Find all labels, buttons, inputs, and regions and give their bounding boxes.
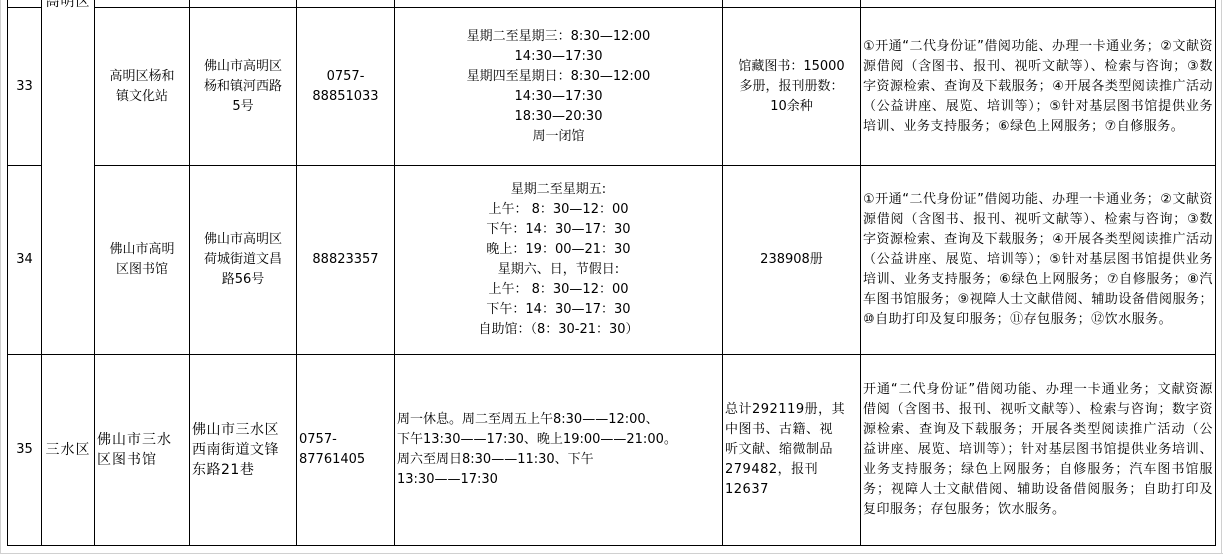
services-text: ①开通“二代身份证”借阅功能、办理一卡通业务；②文献资源借阅（含图书、报刊、视听…: [863, 39, 1213, 134]
address-line: 东路21巷: [192, 460, 294, 480]
address-line: 佛山市高明区: [192, 57, 294, 77]
cell-name: [95, 0, 190, 8]
name-line: 镇文化站: [97, 87, 187, 107]
table-row-partial: 高明区: [8, 0, 1216, 8]
services-text: 开通“二代身份证”借阅功能、办理一卡通业务；文献资源借阅（含图书、报刊、视听文献…: [863, 382, 1213, 517]
collection-line: 12637: [725, 480, 858, 500]
name-line: 佛山市三水: [97, 430, 187, 450]
gridline: [0, 0, 1, 554]
cell-name: 佛山市三水 区图书馆: [95, 355, 190, 546]
name-line: 区图书馆: [97, 260, 187, 280]
cell-hours: [395, 0, 723, 8]
phone-line: 0757-: [299, 430, 392, 450]
cell-name: 佛山市高明 区图书馆: [95, 166, 190, 355]
district-label: 三水区: [46, 442, 91, 458]
collection-line: 10余种: [725, 97, 858, 117]
collection-line: 多册，报刊册数：: [725, 77, 858, 97]
cell-no: [8, 0, 42, 8]
cell-address: 佛山市高明区 杨和镇河西路 5号: [190, 8, 297, 166]
collection-line: 听文献、缩微制品: [725, 440, 858, 460]
hours-line: 星期四至星期日：8:30—12:00: [397, 67, 720, 87]
cell-services: 开通“二代身份证”借阅功能、办理一卡通业务；文献资源借阅（含图书、报刊、视听文献…: [861, 355, 1216, 546]
cell-collection: 238908册: [723, 166, 861, 355]
cell-phone: 0757- 88851033: [297, 8, 395, 166]
hours-line: 14:30—17:30: [397, 47, 720, 67]
cell-services: ①开通“二代身份证”借阅功能、办理一卡通业务；②文献资源借阅（含图书、报刊、视听…: [861, 166, 1216, 355]
collection-line: 馆藏图书：15000: [725, 57, 858, 77]
cell-address: 佛山市高明区 荷城街道文昌 路56号: [190, 166, 297, 355]
name-line: 区图书馆: [97, 450, 187, 470]
row-number: 35: [16, 442, 33, 457]
hours-line: 晚上：19：00—21：30: [397, 240, 720, 260]
hours-line: 下午13:30——17:30、晚上19:00——21:00。: [397, 430, 720, 450]
cell-collection: 总计292119册，其 中图书、古籍、视 听文献、缩微制品 279482，报刊 …: [723, 355, 861, 546]
hours-line: 18:30—20:30: [397, 107, 720, 127]
cell-hours: 星期二至星期三：8:30—12:00 14:30—17:30 星期四至星期日：8…: [395, 8, 723, 166]
address-line: 西南街道文锋: [192, 440, 294, 460]
row-number: 34: [16, 252, 33, 267]
collection-line: 279482，报刊: [725, 460, 858, 480]
hours-line: 14:30—17:30: [397, 87, 720, 107]
name-line: 佛山市高明: [97, 240, 187, 260]
cell-collection: 馆藏图书：15000 多册，报刊册数： 10余种: [723, 8, 861, 166]
table-row: 35 三水区 佛山市三水 区图书馆 佛山市三水区 西南街道文锋 东路21巷 07…: [8, 355, 1216, 546]
address-line: 荷城街道文昌: [192, 250, 294, 270]
hours-line: 星期二至星期三：8:30—12:00: [397, 27, 720, 47]
cell-phone: 0757- 87761405: [297, 355, 395, 546]
name-line: 高明区杨和: [97, 67, 187, 87]
cell-hours: 星期二至星期五: 上午： 8：30—12：00 下午：14：30—17：30 晚…: [395, 166, 723, 355]
cell-address: [190, 0, 297, 8]
cell-no: 35: [8, 355, 42, 546]
collection-line: 中图书、古籍、视: [725, 420, 858, 440]
address-line: 佛山市三水区: [192, 420, 294, 440]
address-line: 路56号: [192, 270, 294, 290]
hours-line: 周六至周日8:30——11:30、下午: [397, 450, 720, 470]
row-number: 33: [16, 79, 33, 94]
phone-line: 88851033: [299, 87, 392, 107]
cell-address: 佛山市三水区 西南街道文锋 东路21巷: [190, 355, 297, 546]
hours-line: 上午： 8：30—12：00: [397, 280, 720, 300]
address-line: 佛山市高明区: [192, 230, 294, 250]
collection-line: 238908册: [725, 250, 858, 270]
cell-phone: 88823357: [297, 166, 395, 355]
hours-line: 星期六、日，节假日:: [397, 260, 720, 280]
hours-line: 周一闭馆: [397, 127, 720, 147]
cell-district-merged: 高明区: [42, 0, 95, 355]
library-table: 高明区 33 高明区杨和 镇文化站 佛山市高明区 杨和镇河西路 5号 0757-…: [7, 0, 1216, 546]
cell-district: 三水区: [42, 355, 95, 546]
hours-line: 上午： 8：30—12：00: [397, 200, 720, 220]
cell-phone: [297, 0, 395, 8]
hours-line: 13:30——17:30: [397, 470, 720, 490]
cell-services: [861, 0, 1216, 8]
hours-line: 周一休息。周二至周五上午8:30——12:00、: [397, 410, 720, 430]
phone-line: 87761405: [299, 450, 392, 470]
cell-name: 高明区杨和 镇文化站: [95, 8, 190, 166]
services-text: ①开通“二代身份证”借阅功能、办理一卡通业务；②文献资源借阅（含图书、报刊、视听…: [863, 192, 1213, 327]
cell-hours: 周一休息。周二至周五上午8:30——12:00、 下午13:30——17:30、…: [395, 355, 723, 546]
hours-line: 下午：14：30—17：30: [397, 300, 720, 320]
cell-no: 34: [8, 166, 42, 355]
cell-services: ①开通“二代身份证”借阅功能、办理一卡通业务；②文献资源借阅（含图书、报刊、视听…: [861, 8, 1216, 166]
cell-no: 33: [8, 8, 42, 166]
address-line: 5号: [192, 97, 294, 117]
address-line: 杨和镇河西路: [192, 77, 294, 97]
hours-line: 自助馆：（8：30-21：30）: [397, 320, 720, 340]
district-label: 高明区: [44, 0, 92, 12]
cell-collection: [723, 0, 861, 8]
phone-line: 0757-: [299, 67, 392, 87]
gridline: [1221, 0, 1222, 554]
table-row: 33 高明区杨和 镇文化站 佛山市高明区 杨和镇河西路 5号 0757- 888…: [8, 8, 1216, 166]
hours-line: 下午：14：30—17：30: [397, 220, 720, 240]
phone-line: 88823357: [299, 250, 392, 270]
collection-line: 总计292119册，其: [725, 400, 858, 420]
hours-line: 星期二至星期五:: [397, 180, 720, 200]
table-row: 34 佛山市高明 区图书馆 佛山市高明区 荷城街道文昌 路56号 8882335…: [8, 166, 1216, 355]
